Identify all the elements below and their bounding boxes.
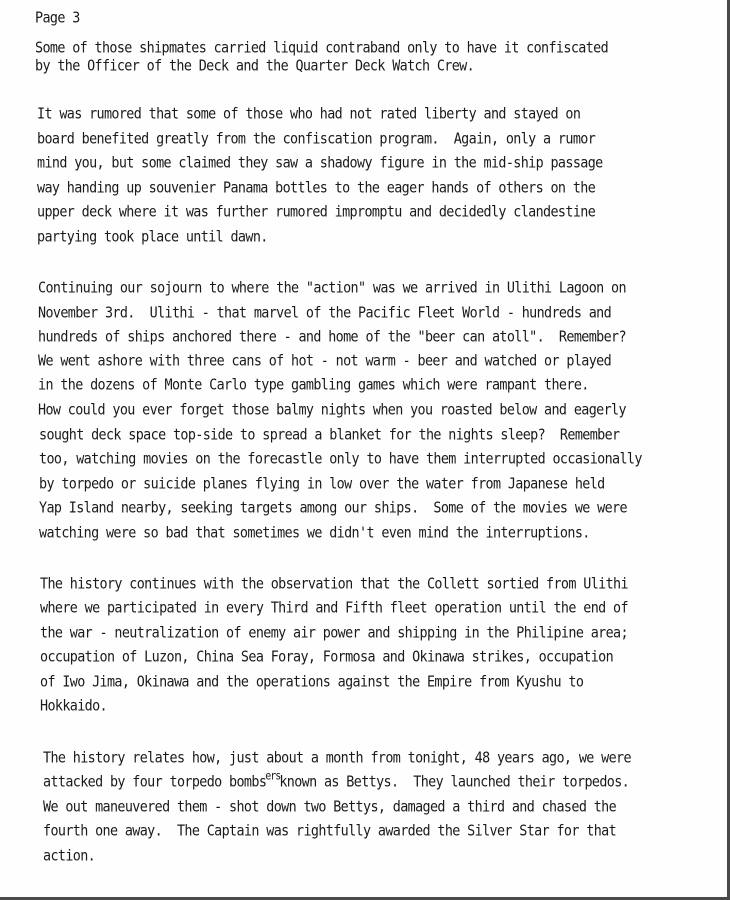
- paragraph-contraband-line: by the Officer of the Deck and the Quart…: [35, 58, 474, 75]
- paragraph-history-line: the war - neutralization of enemy air po…: [40, 625, 628, 642]
- paragraph-bettys-line: fourth one away. The Captain was rightfu…: [43, 823, 616, 840]
- paragraph-history-line: of Iwo Jima, Okinawa and the operations …: [40, 674, 583, 691]
- paragraph-contraband-line: Some of those shipmates carried liquid c…: [35, 40, 608, 57]
- document-page: Page 3 Some of those shipmates carried l…: [0, 0, 730, 900]
- line-before-correction: attacked by four torpedo bombs: [43, 774, 266, 791]
- paragraph-ulithi-line: We went ashore with three cans of hot - …: [38, 353, 611, 370]
- paragraph-ulithi-line: hundreds of ships anchored there - and h…: [38, 329, 626, 346]
- paragraph-rumor-line: It was rumored that some of those who ha…: [37, 106, 580, 123]
- paragraph-rumor-line: board benefited greatly from the confisc…: [37, 131, 595, 148]
- paragraph-ulithi-line: sought deck space top-side to spread a b…: [39, 427, 619, 444]
- paragraph-history-line: where we participated in every Third and…: [40, 600, 628, 617]
- paragraph-bettys-line: attacked by four torpedo bombsersknown a…: [43, 774, 629, 791]
- paragraph-history-line: occupation of Luzon, China Sea Foray, Fo…: [40, 649, 613, 666]
- paragraph-ulithi-line: How could you ever forget those balmy ni…: [38, 402, 626, 419]
- line-after-correction: known as Bettys. They launched their tor…: [279, 774, 629, 791]
- page-number: Page 3: [35, 10, 80, 27]
- paragraph-rumor-line: upper deck where it was further rumored …: [37, 204, 595, 221]
- paragraph-bettys-line: The history relates how, just about a mo…: [43, 750, 631, 767]
- paragraph-ulithi-line: November 3rd. Ulithi - that marvel of th…: [38, 305, 611, 322]
- paragraph-history-line: Hokkaido.: [40, 698, 107, 715]
- paragraph-ulithi-line: too, watching movies on the forecastle o…: [39, 451, 642, 468]
- paragraph-rumor-line: mind you, but some claimed they saw a sh…: [37, 155, 603, 172]
- paragraph-ulithi-line: Continuing our sojourn to where the "act…: [38, 280, 626, 297]
- paragraph-ulithi-line: by torpedo or suicide planes flying in l…: [39, 476, 605, 493]
- paragraph-bettys-line: action.: [43, 848, 95, 865]
- handwritten-correction: ers: [265, 771, 280, 783]
- paragraph-rumor-line: partying took place until dawn.: [37, 229, 268, 246]
- paragraph-ulithi-line: Yap Island nearby, seeking targets among…: [39, 500, 627, 517]
- paragraph-ulithi-line: watching were so bad that sometimes we d…: [39, 525, 590, 542]
- paragraph-ulithi-line: in the dozens of Monte Carlo type gambli…: [38, 377, 589, 394]
- paragraph-bettys-line: We out maneuvered them - shot down two B…: [43, 799, 616, 816]
- paragraph-history-line: The history continues with the observati…: [40, 576, 628, 593]
- paragraph-rumor-line: way handing up souvenier Panama bottles …: [37, 180, 595, 197]
